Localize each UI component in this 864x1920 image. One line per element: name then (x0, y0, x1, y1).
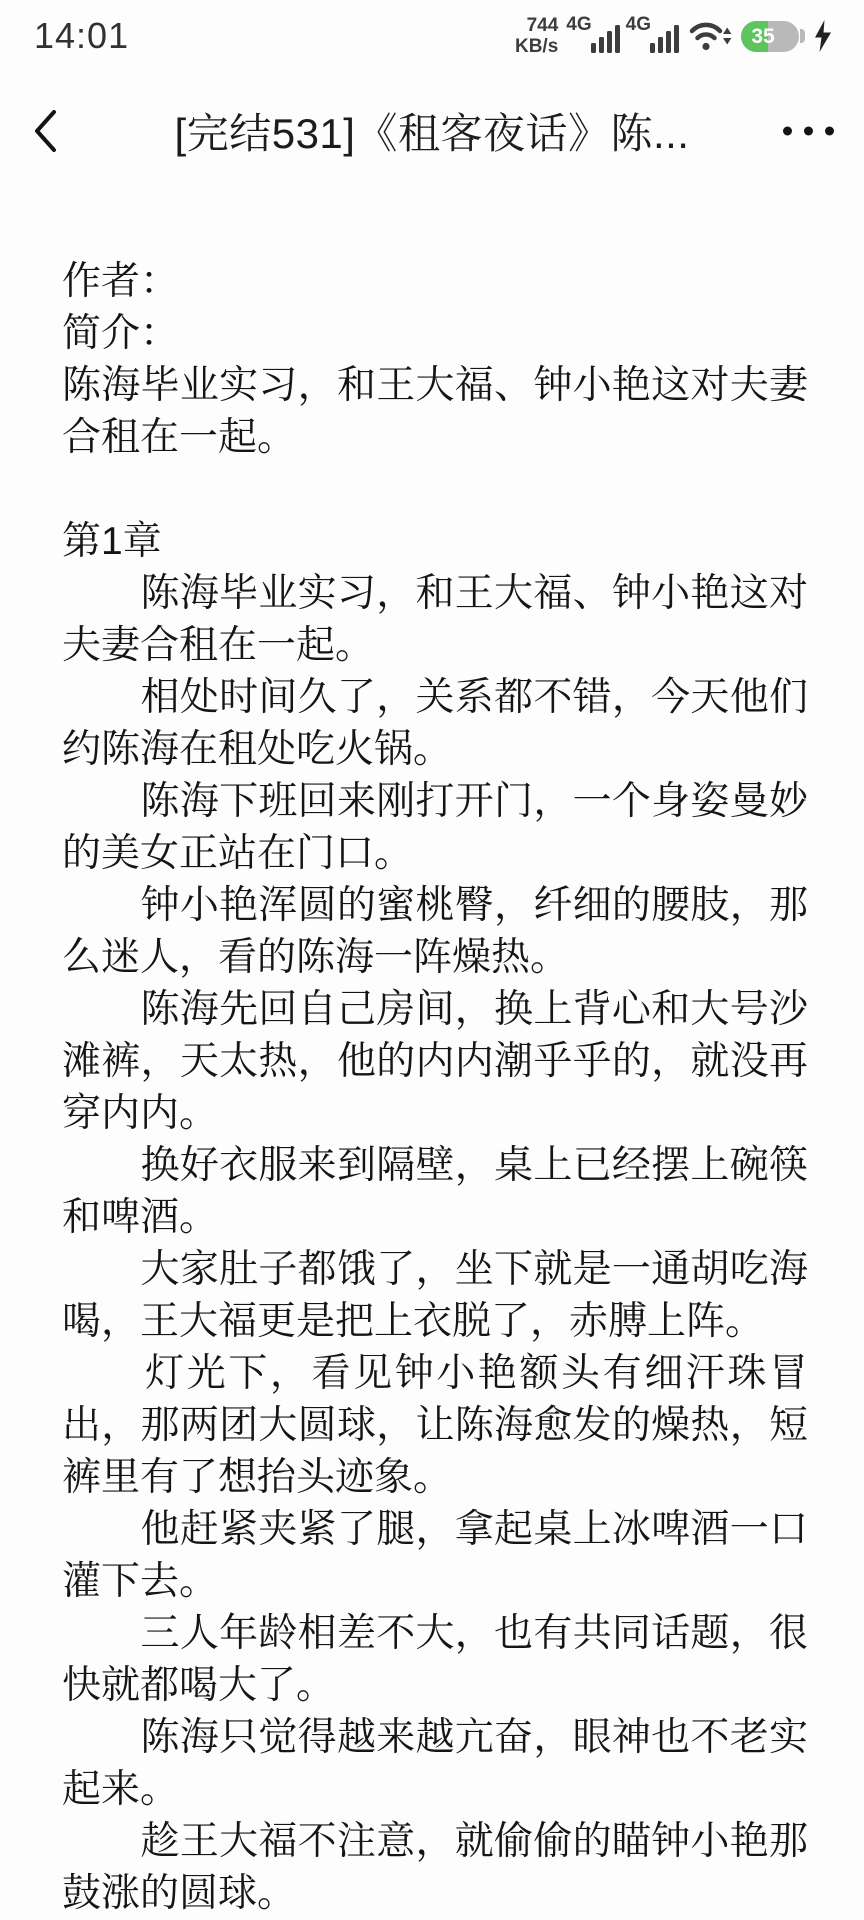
paragraph: 灯光下，看见钟小艳额头有细汗珠冒出，那两团大圆球，让陈海愈发的燥热，短裤里有了想… (62, 1348, 808, 1504)
paragraph-intro-label: 简介： (62, 308, 808, 360)
paragraph-author-label: 作者： (62, 256, 808, 308)
paragraph: 陈海先回自己房间，换上背心和大号沙滩裤，天太热，他的内内潮乎乎的，就没再穿内内。 (62, 984, 808, 1140)
network-speed: 744 KB/s (515, 15, 558, 57)
network-speed-value: 744 (527, 15, 559, 36)
battery-icon: 35 (741, 21, 799, 52)
paragraph: 他赶紧夹紧了腿，拿起桌上冰啤酒一口灌下去。 (62, 1504, 808, 1608)
paragraph-synopsis: 陈海毕业实习，和王大福、钟小艳这对夫妻合租在一起。 (62, 360, 808, 464)
status-indicators: 744 KB/s 4G 4G 35 (515, 12, 834, 60)
signal-bars (588, 13, 620, 57)
lightning-bolt-icon (812, 19, 834, 53)
reader-content: 作者： 简介： 陈海毕业实习，和王大福、钟小艳这对夫妻合租在一起。 第1章 陈海… (62, 256, 808, 1920)
paragraph: 趁王大福不注意，就偷偷的瞄钟小艳那鼓涨的圆球。 (62, 1816, 808, 1920)
page-title: [完结531]《租客夜话》陈... (175, 101, 690, 161)
status-bar: 14:01 744 KB/s 4G 4G (0, 6, 864, 66)
wifi-icon (689, 19, 733, 53)
paragraph: 三人年龄相差不大，也有共同话题，很快就都喝大了。 (62, 1608, 808, 1712)
paragraph: 相处时间久了，关系都不错，今天他们约陈海在租处吃火锅。 (62, 672, 808, 776)
nav-bar: [完结531]《租客夜话》陈... (0, 84, 864, 178)
paragraph: 陈海下班回来刚打开门，一个身姿曼妙的美女正站在门口。 (62, 776, 808, 880)
signal-bars (647, 13, 679, 57)
chapter-heading: 第1章 (62, 516, 808, 568)
paragraph: 换好衣服来到隔壁，桌上已经摆上碗筷和啤酒。 (62, 1140, 808, 1244)
signal-bars-icon-sim2: 4G (626, 13, 679, 59)
signal-bars-icon-sim1: 4G (566, 13, 619, 59)
battery-percent: 35 (743, 21, 783, 52)
more-dots-icon (783, 127, 792, 136)
reader-screen: 14:01 744 KB/s 4G 4G (0, 0, 864, 1920)
paragraph: 大家肚子都饿了，坐下就是一通胡吃海喝，王大福更是把上衣脱了，赤膊上阵。 (62, 1244, 808, 1348)
more-dots-icon (804, 127, 813, 136)
blank-line (62, 464, 808, 516)
paragraph: 钟小艳浑圆的蜜桃臀，纤细的腰肢，那么迷人，看的陈海一阵燥热。 (62, 880, 808, 984)
paragraph: 陈海毕业实习，和王大福、钟小艳这对夫妻合租在一起。 (62, 568, 808, 672)
network-speed-unit: KB/s (515, 36, 558, 57)
chevron-left-icon (28, 107, 64, 155)
paragraph: 陈海只觉得越来越亢奋，眼神也不老实起来。 (62, 1712, 808, 1816)
more-options-button[interactable] (781, 117, 836, 146)
more-dots-icon (825, 127, 834, 136)
status-time: 14:01 (34, 15, 129, 57)
battery-nub (800, 29, 805, 43)
back-button[interactable] (24, 105, 68, 157)
